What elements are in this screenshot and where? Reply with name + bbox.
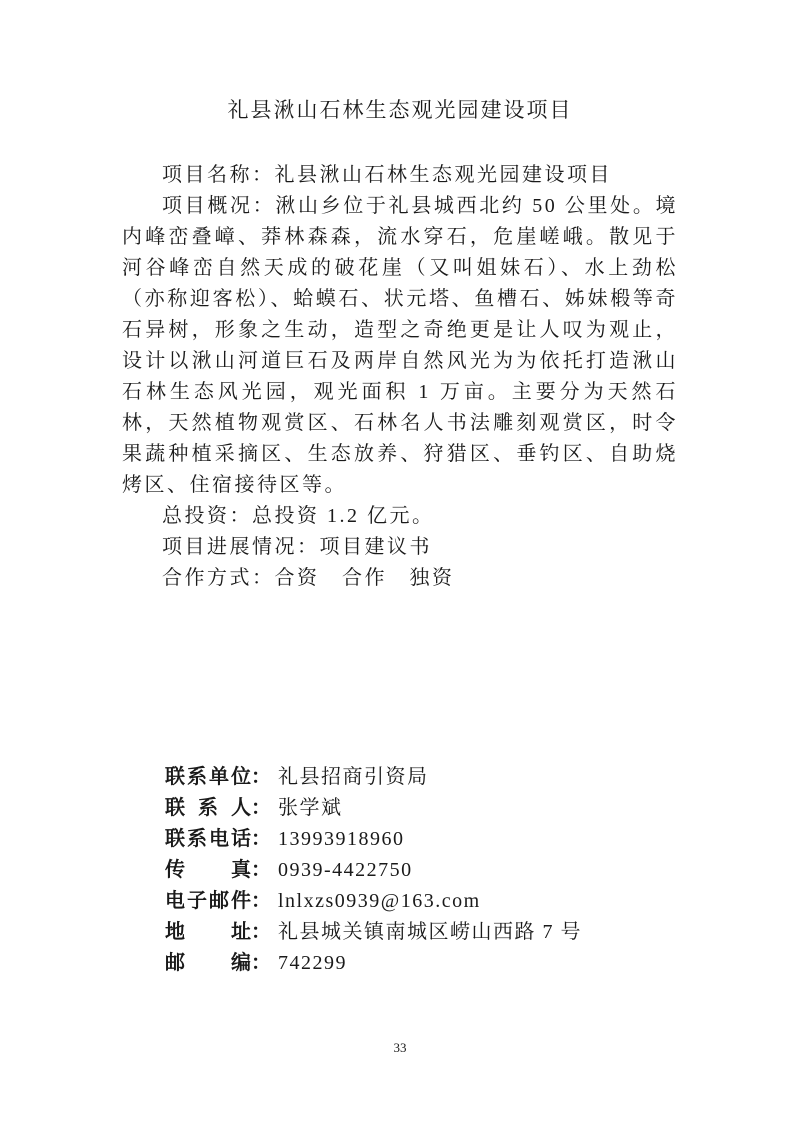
contact-fax-value: 0939-4422750: [278, 855, 413, 886]
document-page: 礼县湫山石林生态观光园建设项目 项目名称：礼县湫山石林生态观光园建设项目 项目概…: [0, 0, 800, 1131]
total-investment-line: 总投资：总投资 1.2 亿元。: [122, 501, 678, 532]
page-number: 33: [0, 1040, 800, 1056]
contact-email-value: lnlxzs0939@163.com: [278, 886, 481, 917]
project-progress-line: 项目进展情况：项目建议书: [122, 532, 678, 563]
contact-colon: ：: [251, 762, 271, 793]
contact-email-label: 电子邮件: [165, 886, 251, 917]
contact-row-person: 联系人：张学斌: [165, 793, 678, 824]
contact-row-email: 电子邮件：lnlxzs0939@163.com: [165, 886, 678, 917]
contact-colon: ：: [251, 855, 271, 886]
page-title: 礼县湫山石林生态观光园建设项目: [122, 97, 678, 123]
contact-person-value: 张学斌: [278, 793, 343, 824]
contact-fax-label: 传真: [165, 855, 251, 886]
contact-row-unit: 联系单位：礼县招商引资局: [165, 762, 678, 793]
contact-person-label: 联系人: [165, 793, 251, 824]
contact-block: 联系单位：礼县招商引资局 联系人：张学斌 联系电话：13993918960 传真…: [165, 762, 678, 979]
contact-zipcode-value: 742299: [278, 948, 347, 979]
contact-phone-value: 13993918960: [278, 824, 405, 855]
contact-colon: ：: [251, 886, 271, 917]
contact-row-zipcode: 邮编：742299: [165, 948, 678, 979]
contact-unit-value: 礼县招商引资局: [278, 762, 429, 793]
contact-phone-label: 联系电话: [165, 824, 251, 855]
page-content: 礼县湫山石林生态观光园建设项目 项目名称：礼县湫山石林生态观光园建设项目 项目概…: [0, 0, 800, 979]
contact-colon: ：: [251, 917, 271, 948]
contact-colon: ：: [251, 793, 271, 824]
contact-unit-label: 联系单位: [165, 762, 251, 793]
project-overview-paragraph: 项目概况：湫山乡位于礼县城西北约 50 公里处。境内峰峦叠嶂、莽林森森，流水穿石…: [122, 191, 678, 501]
contact-address-value: 礼县城关镇南城区崂山西路 7 号: [278, 917, 582, 948]
contact-address-label: 地址: [165, 917, 251, 948]
cooperation-mode-line: 合作方式：合资 合作 独资: [122, 563, 678, 594]
contact-row-fax: 传真：0939-4422750: [165, 855, 678, 886]
contact-row-address: 地址：礼县城关镇南城区崂山西路 7 号: [165, 917, 678, 948]
contact-zipcode-label: 邮编: [165, 948, 251, 979]
contact-colon: ：: [251, 948, 271, 979]
contact-row-phone: 联系电话：13993918960: [165, 824, 678, 855]
contact-colon: ：: [251, 824, 271, 855]
project-name-line: 项目名称：礼县湫山石林生态观光园建设项目: [122, 160, 678, 191]
